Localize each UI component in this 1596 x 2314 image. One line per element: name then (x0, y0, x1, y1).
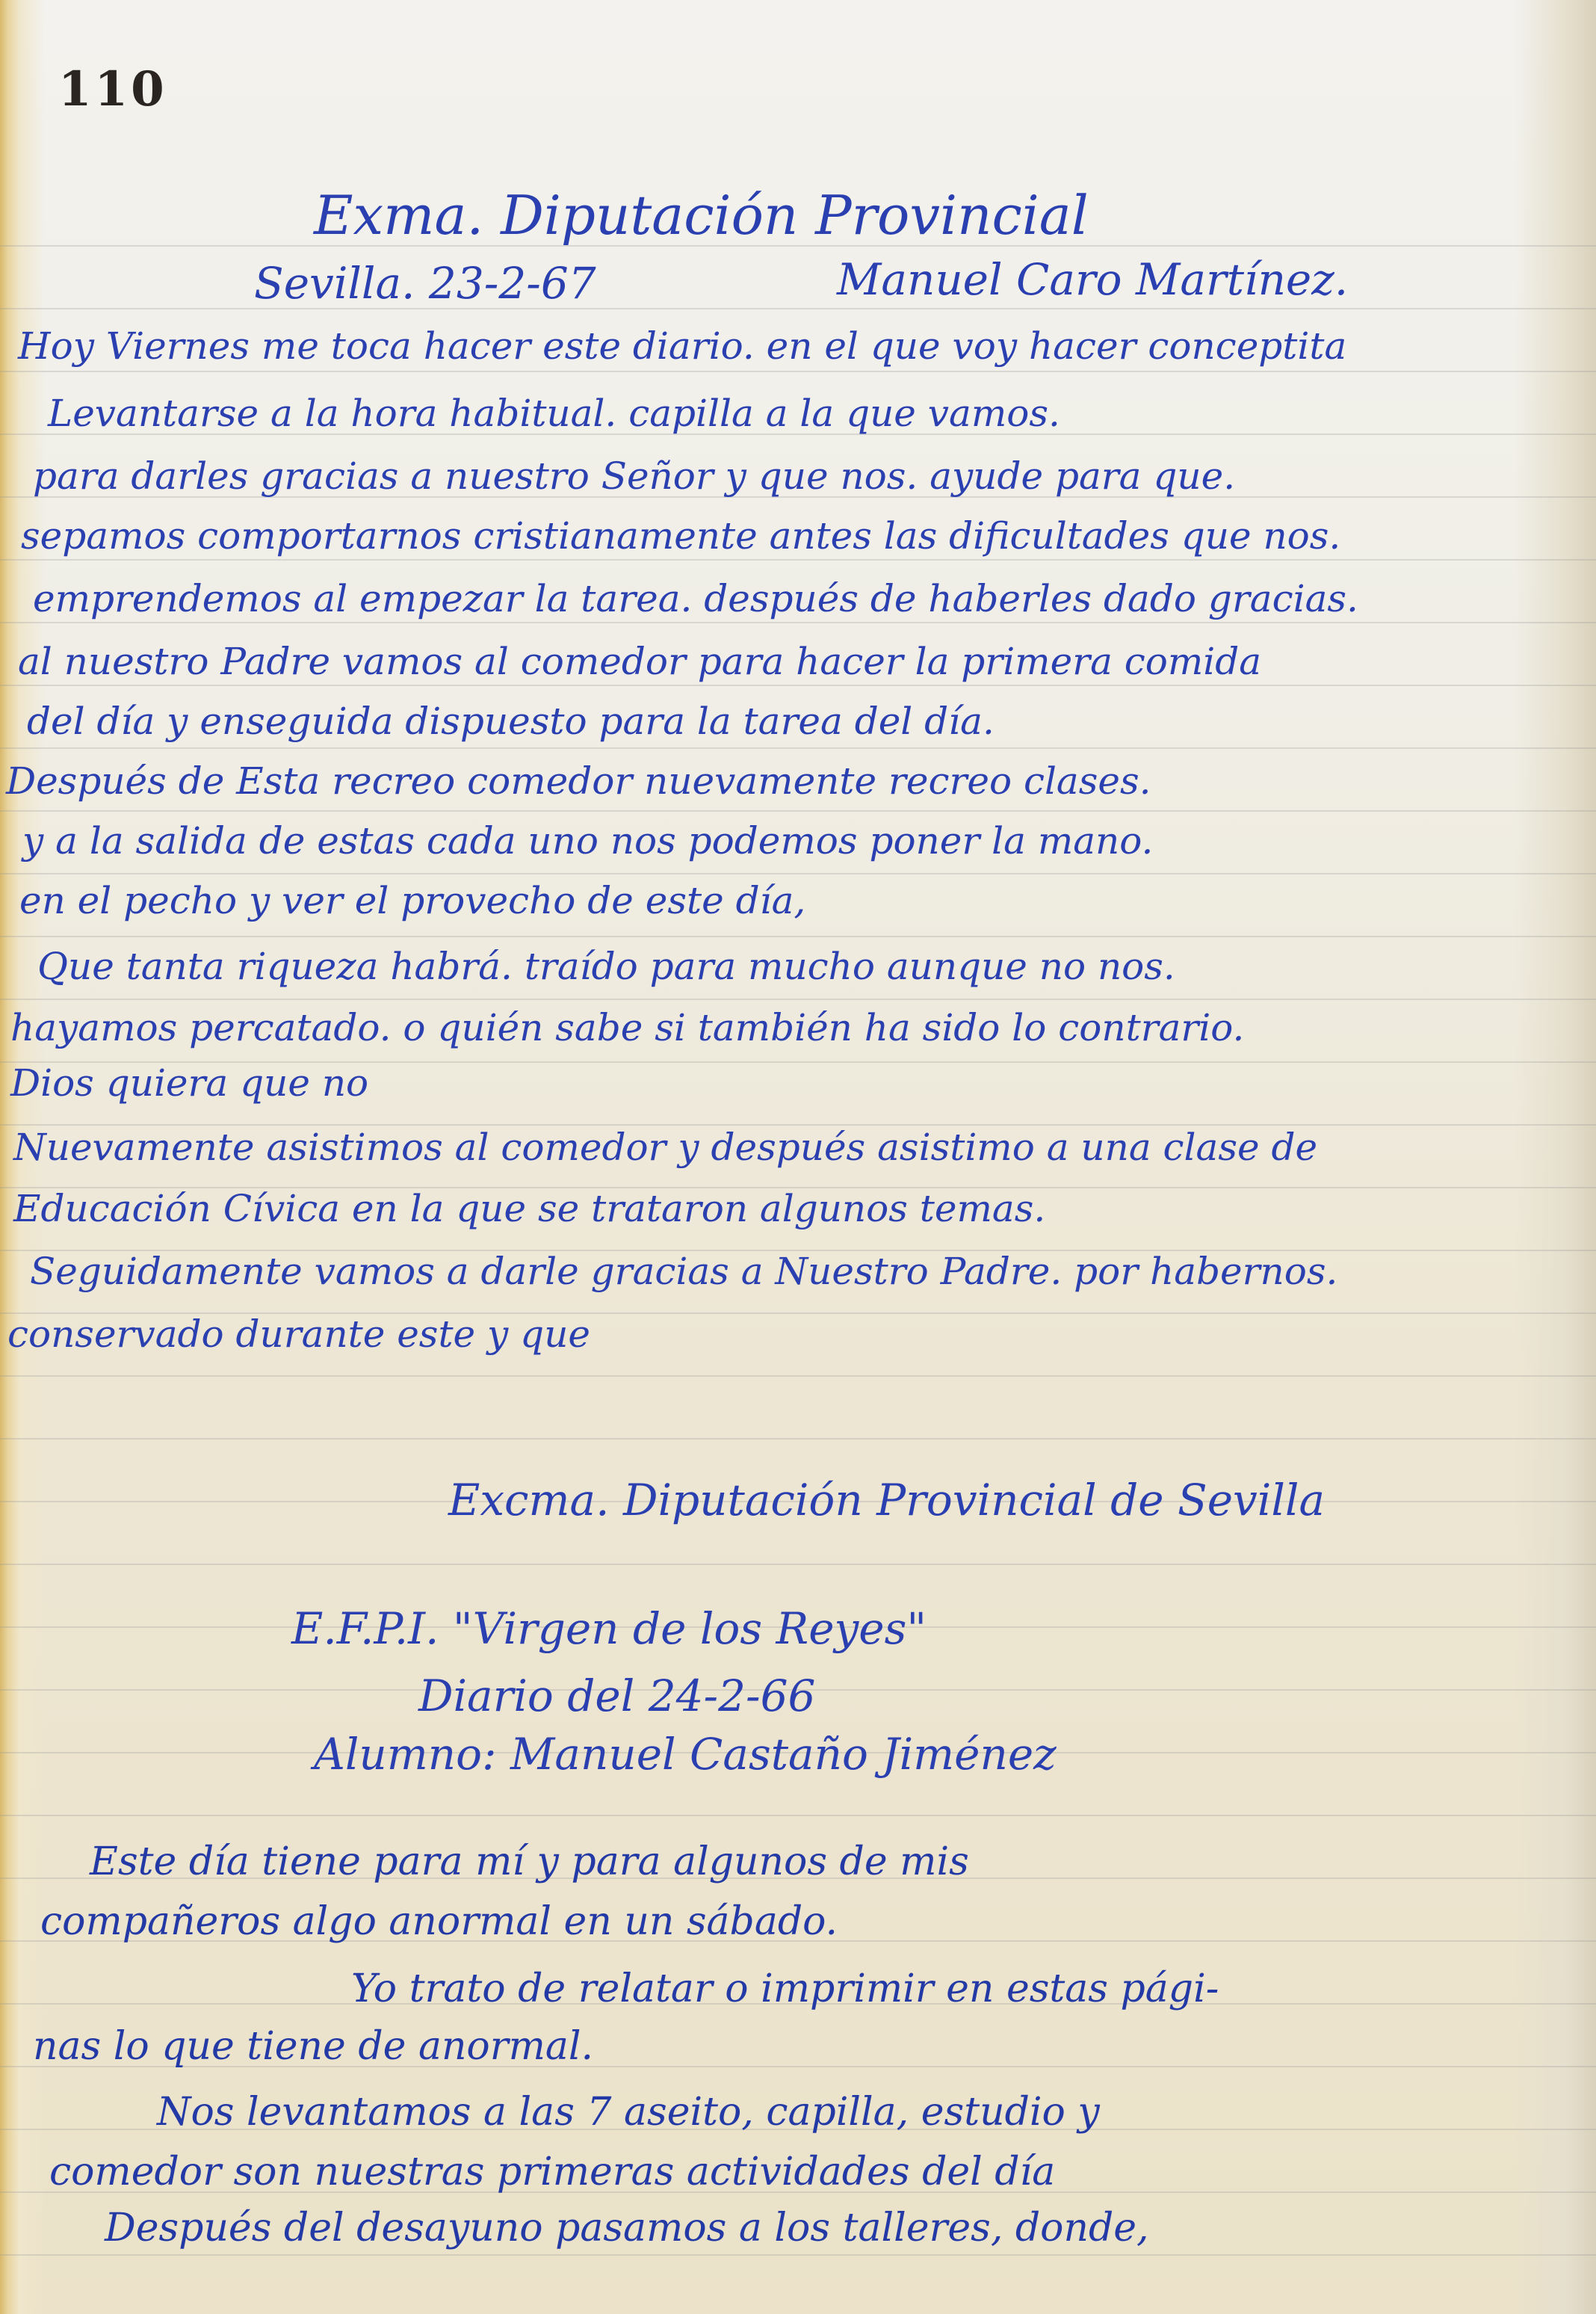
entry2-line: compañeros algo anormal en un sábado. (40, 1902, 838, 1941)
entry2-line: comedor son nuestras primeras actividade… (49, 2153, 1055, 2191)
entry1-line: conservado durante este y que (7, 1315, 590, 1353)
entry2-student: Alumno: Manuel Castaño Jiménez (314, 1733, 1057, 1776)
notebook-page: 110 Exma. Diputación Provincial Sevilla.… (0, 0, 1596, 2314)
entry1-line: Después de Esta recreo comedor nuevament… (6, 762, 1151, 800)
entry1-line: hayamos percatado. o quién sabe si tambi… (10, 1009, 1244, 1046)
entry1-line: emprendemos al empezar la tarea. después… (33, 580, 1358, 617)
entry2-diary-date: Diario del 24-2-66 (418, 1674, 815, 1718)
entry1-line: y a la salida de estas cada uno nos pode… (22, 822, 1153, 860)
entry1-line: al nuestro Padre vamos al comedor para h… (18, 643, 1261, 680)
entry2-institution: Excma. Diputación Provincial de Sevilla (448, 1478, 1325, 1522)
entry1-line: del día y enseguida dispuesto para la ta… (27, 703, 995, 740)
entry2-line: nas lo que tiene de anormal. (33, 2027, 593, 2066)
entry1-line: para darles gracias a nuestro Señor y qu… (33, 457, 1235, 495)
entry1-line: Nuevamente asistimos al comedor y despué… (13, 1129, 1317, 1166)
entry1-line: sepamos comportarnos cristianamente ante… (21, 517, 1340, 555)
entry1-line: Educación Cívica en la que se trataron a… (13, 1190, 1045, 1227)
entry1-line: en el pecho y ver el provecho de este dí… (19, 882, 805, 919)
entry2-line: Yo trato de relatar o imprimir en estas … (351, 1969, 1219, 2008)
entry1-line: Hoy Viernes me toca hacer este diario. e… (18, 327, 1346, 365)
entry1-place-date: Sevilla. 23-2-67 (254, 262, 596, 305)
entry1-line: Dios quiera que no (10, 1064, 368, 1102)
entry2-line: Después del desayuno pasamos a los talle… (105, 2209, 1149, 2247)
entry2-line: Nos levantamos a las 7 aseito, capilla, … (157, 2093, 1100, 2132)
entry1-line: Que tanta riqueza habrá. traído para muc… (37, 948, 1175, 985)
entry1-author: Manuel Caro Martínez. (837, 258, 1348, 301)
page-number: 110 (58, 61, 167, 117)
entry1-line: Seguidamente vamos a darle gracias a Nue… (30, 1253, 1337, 1290)
entry1-institution: Exma. Diputación Provincial (314, 188, 1089, 242)
entry2-line: Este día tiene para mí y para algunos de… (90, 1842, 969, 1881)
entry2-school: E.F.P.I. "Virgen de los Reyes" (291, 1607, 927, 1650)
entry1-line: Levantarse a la hora habitual. capilla a… (48, 395, 1060, 432)
